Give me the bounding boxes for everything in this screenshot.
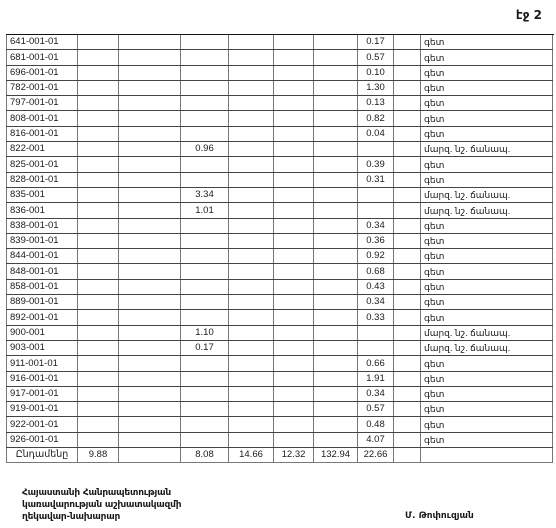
value-cell-c2 (119, 295, 181, 310)
value-cell-c3 (181, 432, 229, 447)
row-type: գետ (421, 356, 553, 371)
value-cell-c4 (229, 249, 274, 264)
row-type: գետ (421, 402, 553, 417)
value-cell-c3 (181, 356, 229, 371)
value-cell-c7: 0.10 (358, 65, 394, 80)
value-cell-c1 (78, 264, 119, 279)
row-type: գետ (421, 65, 553, 80)
value-cell-c2 (119, 80, 181, 95)
value-cell-c5 (274, 233, 314, 248)
row-id: 681-001-01 (7, 50, 78, 65)
value-cell-c3 (181, 310, 229, 325)
value-cell-c1 (78, 50, 119, 65)
value-cell-c1 (78, 96, 119, 111)
value-cell-c6 (314, 279, 358, 294)
table-row: 903-0010.17մարզ. նշ. ճանապ. (7, 340, 553, 355)
value-cell-c5 (274, 402, 314, 417)
value-cell-c2 (119, 187, 181, 202)
value-cell-c6 (314, 126, 358, 141)
value-cell-c2 (119, 172, 181, 187)
total-label: Ընդամենը (7, 448, 78, 463)
total-cell-c6: 132.94 (314, 448, 358, 463)
row-id: 922-001-01 (7, 417, 78, 432)
value-cell-c8 (394, 126, 421, 141)
value-cell-c7: 0.39 (358, 157, 394, 172)
table-row: 836-0011.01մարզ. նշ. ճանապ. (7, 203, 553, 218)
value-cell-c7: 0.04 (358, 126, 394, 141)
value-cell-c3: 0.17 (181, 340, 229, 355)
value-cell-c4 (229, 96, 274, 111)
row-type: գետ (421, 80, 553, 95)
value-cell-c7: 0.68 (358, 264, 394, 279)
value-cell-c7: 0.82 (358, 111, 394, 126)
page-number: էջ 2 (516, 8, 542, 22)
value-cell-c6 (314, 249, 358, 264)
value-cell-c1 (78, 279, 119, 294)
row-type: մարզ. նշ. ճանապ. (421, 340, 553, 355)
value-cell-c4 (229, 340, 274, 355)
value-cell-c1 (78, 218, 119, 233)
value-cell-c6 (314, 402, 358, 417)
value-cell-c4 (229, 417, 274, 432)
value-cell-c6 (314, 50, 358, 65)
value-cell-c3 (181, 172, 229, 187)
value-cell-c7 (358, 142, 394, 157)
position-line: ղեկավար-նախարար (22, 511, 181, 523)
row-type: գետ (421, 310, 553, 325)
value-cell-c8 (394, 218, 421, 233)
value-cell-c1 (78, 386, 119, 401)
value-cell-c8 (394, 310, 421, 325)
value-cell-c1 (78, 35, 119, 50)
value-cell-c4 (229, 126, 274, 141)
row-type: գետ (421, 126, 553, 141)
value-cell-c5 (274, 50, 314, 65)
value-cell-c6 (314, 233, 358, 248)
value-cell-c3 (181, 295, 229, 310)
value-cell-c5 (274, 310, 314, 325)
row-type: գետ (421, 295, 553, 310)
value-cell-c6 (314, 371, 358, 386)
value-cell-c7: 0.48 (358, 417, 394, 432)
table-row: 911-001-010.66գետ (7, 356, 553, 371)
table-row: 844-001-010.92գետ (7, 249, 553, 264)
row-id: 858-001-01 (7, 279, 78, 294)
value-cell-c7: 0.34 (358, 218, 394, 233)
value-cell-c3 (181, 233, 229, 248)
value-cell-c8 (394, 371, 421, 386)
row-id: 917-001-01 (7, 386, 78, 401)
value-cell-c4 (229, 264, 274, 279)
row-id: 797-001-01 (7, 96, 78, 111)
value-cell-c3 (181, 111, 229, 126)
value-cell-c5 (274, 325, 314, 340)
value-cell-c3 (181, 96, 229, 111)
value-cell-c7: 4.07 (358, 432, 394, 447)
value-cell-c4 (229, 172, 274, 187)
value-cell-c2 (119, 96, 181, 111)
value-cell-c8 (394, 80, 421, 95)
signatory-position: Հայաստանի Հանրապետության կառավարության ա… (22, 487, 181, 523)
value-cell-c8 (394, 65, 421, 80)
value-cell-c5 (274, 386, 314, 401)
total-cell-c3: 8.08 (181, 448, 229, 463)
value-cell-c1 (78, 187, 119, 202)
value-cell-c8 (394, 157, 421, 172)
value-cell-c8 (394, 295, 421, 310)
value-cell-c1 (78, 203, 119, 218)
value-cell-c6 (314, 386, 358, 401)
row-id: 782-001-01 (7, 80, 78, 95)
row-id: 641-001-01 (7, 35, 78, 50)
value-cell-c1 (78, 402, 119, 417)
row-type: գետ (421, 35, 553, 50)
row-type: գետ (421, 233, 553, 248)
value-cell-c5 (274, 218, 314, 233)
row-id: 916-001-01 (7, 371, 78, 386)
value-cell-c6 (314, 310, 358, 325)
row-id: 808-001-01 (7, 111, 78, 126)
value-cell-c6 (314, 432, 358, 447)
row-type: գետ (421, 96, 553, 111)
value-cell-c8 (394, 402, 421, 417)
value-cell-c7: 0.43 (358, 279, 394, 294)
value-cell-c6 (314, 80, 358, 95)
table-row: 889-001-010.34գետ (7, 295, 553, 310)
table-row: 926-001-014.07գետ (7, 432, 553, 447)
total-cell-c7: 22.66 (358, 448, 394, 463)
value-cell-c3 (181, 249, 229, 264)
row-id: 836-001 (7, 203, 78, 218)
row-id: 892-001-01 (7, 310, 78, 325)
value-cell-c8 (394, 142, 421, 157)
total-cell-c4: 14.66 (229, 448, 274, 463)
value-cell-c4 (229, 35, 274, 50)
table-row: 916-001-011.91գետ (7, 371, 553, 386)
row-type: գետ (421, 279, 553, 294)
value-cell-c2 (119, 340, 181, 355)
value-cell-c4 (229, 310, 274, 325)
row-id: 696-001-01 (7, 65, 78, 80)
value-cell-c3 (181, 35, 229, 50)
row-id: 816-001-01 (7, 126, 78, 141)
value-cell-c8 (394, 249, 421, 264)
value-cell-c6 (314, 65, 358, 80)
table-row: 838-001-010.34գետ (7, 218, 553, 233)
row-id: 903-001 (7, 340, 78, 355)
value-cell-c3: 3.34 (181, 187, 229, 202)
row-type: գետ (421, 50, 553, 65)
row-id: 900-001 (7, 325, 78, 340)
table-row: 900-0011.10մարզ. նշ. ճանապ. (7, 325, 553, 340)
value-cell-c1 (78, 356, 119, 371)
value-cell-c4 (229, 325, 274, 340)
total-row: Ընդամենը9.888.0814.6612.32132.9422.66 (7, 448, 553, 463)
value-cell-c3 (181, 65, 229, 80)
value-cell-c1 (78, 310, 119, 325)
value-cell-c6 (314, 340, 358, 355)
value-cell-c2 (119, 402, 181, 417)
value-cell-c6 (314, 157, 358, 172)
value-cell-c1 (78, 111, 119, 126)
value-cell-c2 (119, 249, 181, 264)
value-cell-c8 (394, 386, 421, 401)
value-cell-c5 (274, 157, 314, 172)
table-row: 681-001-010.57գետ (7, 50, 553, 65)
value-cell-c6 (314, 325, 358, 340)
data-table: 641-001-010.17գետ681-001-010.57գետ696-00… (6, 35, 553, 463)
value-cell-c4 (229, 111, 274, 126)
value-cell-c8 (394, 325, 421, 340)
value-cell-c4 (229, 371, 274, 386)
table-row: 797-001-010.13գետ (7, 96, 553, 111)
value-cell-c8 (394, 111, 421, 126)
value-cell-c2 (119, 310, 181, 325)
value-cell-c1 (78, 340, 119, 355)
value-cell-c5 (274, 35, 314, 50)
row-type: գետ (421, 249, 553, 264)
total-cell-c8 (394, 448, 421, 463)
row-id: 838-001-01 (7, 218, 78, 233)
table-row: 839-001-010.36գետ (7, 233, 553, 248)
value-cell-c5 (274, 172, 314, 187)
table-row: 858-001-010.43գետ (7, 279, 553, 294)
value-cell-c1 (78, 417, 119, 432)
value-cell-c4 (229, 295, 274, 310)
table-row: 835-0013.34մարզ. նշ. ճանապ. (7, 187, 553, 202)
value-cell-c4 (229, 218, 274, 233)
value-cell-c7 (358, 325, 394, 340)
value-cell-c2 (119, 111, 181, 126)
value-cell-c2 (119, 203, 181, 218)
row-id: 848-001-01 (7, 264, 78, 279)
value-cell-c2 (119, 50, 181, 65)
value-cell-c1 (78, 233, 119, 248)
value-cell-c4 (229, 279, 274, 294)
value-cell-c2 (119, 325, 181, 340)
value-cell-c5 (274, 264, 314, 279)
row-id: 822-001 (7, 142, 78, 157)
row-type: գետ (421, 386, 553, 401)
value-cell-c3 (181, 50, 229, 65)
value-cell-c1 (78, 432, 119, 447)
value-cell-c2 (119, 356, 181, 371)
value-cell-c5 (274, 142, 314, 157)
value-cell-c1 (78, 172, 119, 187)
value-cell-c4 (229, 233, 274, 248)
table-row: 816-001-010.04գետ (7, 126, 553, 141)
value-cell-c7: 0.17 (358, 35, 394, 50)
value-cell-c6 (314, 417, 358, 432)
value-cell-c5 (274, 65, 314, 80)
row-type: մարզ. նշ. ճանապ. (421, 203, 553, 218)
value-cell-c6 (314, 142, 358, 157)
value-cell-c5 (274, 96, 314, 111)
value-cell-c7: 1.91 (358, 371, 394, 386)
value-cell-c7: 0.33 (358, 310, 394, 325)
value-cell-c6 (314, 35, 358, 50)
value-cell-c5 (274, 203, 314, 218)
value-cell-c6 (314, 111, 358, 126)
value-cell-c5 (274, 187, 314, 202)
value-cell-c4 (229, 386, 274, 401)
row-type: մարզ. նշ. ճանապ. (421, 187, 553, 202)
value-cell-c8 (394, 203, 421, 218)
value-cell-c3 (181, 126, 229, 141)
value-cell-c8 (394, 172, 421, 187)
value-cell-c3 (181, 218, 229, 233)
value-cell-c2 (119, 371, 181, 386)
value-cell-c1 (78, 80, 119, 95)
value-cell-c1 (78, 142, 119, 157)
value-cell-c6 (314, 187, 358, 202)
value-cell-c2 (119, 218, 181, 233)
table-row: 917-001-010.34գետ (7, 386, 553, 401)
row-id: 839-001-01 (7, 233, 78, 248)
value-cell-c7: 0.31 (358, 172, 394, 187)
value-cell-c2 (119, 279, 181, 294)
value-cell-c7: 0.57 (358, 402, 394, 417)
value-cell-c4 (229, 50, 274, 65)
row-id: 911-001-01 (7, 356, 78, 371)
value-cell-c6 (314, 96, 358, 111)
row-type: գետ (421, 218, 553, 233)
value-cell-c4 (229, 80, 274, 95)
signatory-name: Մ. Թոփուզյան (405, 511, 474, 521)
value-cell-c8 (394, 432, 421, 447)
value-cell-c7 (358, 340, 394, 355)
total-cell-c5: 12.32 (274, 448, 314, 463)
value-cell-c2 (119, 126, 181, 141)
table-row: 892-001-010.33գետ (7, 310, 553, 325)
value-cell-c5 (274, 249, 314, 264)
row-type: գետ (421, 111, 553, 126)
value-cell-c5 (274, 279, 314, 294)
value-cell-c4 (229, 65, 274, 80)
value-cell-c1 (78, 295, 119, 310)
table-body: 641-001-010.17գետ681-001-010.57գետ696-00… (7, 35, 553, 463)
value-cell-c6 (314, 295, 358, 310)
value-cell-c6 (314, 172, 358, 187)
value-cell-c1 (78, 126, 119, 141)
value-cell-c4 (229, 203, 274, 218)
value-cell-c2 (119, 65, 181, 80)
row-type: մարզ. նշ. ճանապ. (421, 142, 553, 157)
row-id: 825-001-01 (7, 157, 78, 172)
value-cell-c8 (394, 96, 421, 111)
value-cell-c3 (181, 279, 229, 294)
value-cell-c4 (229, 432, 274, 447)
value-cell-c2 (119, 432, 181, 447)
value-cell-c3 (181, 157, 229, 172)
value-cell-c7: 1.30 (358, 80, 394, 95)
value-cell-c5 (274, 126, 314, 141)
value-cell-c1 (78, 371, 119, 386)
value-cell-c7 (358, 187, 394, 202)
table-row: 922-001-010.48գետ (7, 417, 553, 432)
value-cell-c7: 0.34 (358, 386, 394, 401)
total-type (421, 448, 553, 463)
value-cell-c7: 0.92 (358, 249, 394, 264)
value-cell-c2 (119, 142, 181, 157)
value-cell-c4 (229, 157, 274, 172)
value-cell-c6 (314, 203, 358, 218)
table-row: 825-001-010.39գետ (7, 157, 553, 172)
value-cell-c7: 0.66 (358, 356, 394, 371)
value-cell-c5 (274, 295, 314, 310)
value-cell-c5 (274, 432, 314, 447)
value-cell-c2 (119, 233, 181, 248)
position-line: Հայաստանի Հանրապետության (22, 487, 181, 499)
position-line: կառավարության աշխատակազմի (22, 499, 181, 511)
value-cell-c5 (274, 417, 314, 432)
row-id: 828-001-01 (7, 172, 78, 187)
value-cell-c6 (314, 264, 358, 279)
value-cell-c3: 1.01 (181, 203, 229, 218)
value-cell-c8 (394, 233, 421, 248)
value-cell-c7: 0.57 (358, 50, 394, 65)
value-cell-c1 (78, 325, 119, 340)
value-cell-c8 (394, 417, 421, 432)
row-id: 926-001-01 (7, 432, 78, 447)
value-cell-c8 (394, 356, 421, 371)
table-row: 641-001-010.17գետ (7, 35, 553, 50)
value-cell-c1 (78, 157, 119, 172)
value-cell-c2 (119, 157, 181, 172)
value-cell-c3 (181, 264, 229, 279)
row-type: գետ (421, 371, 553, 386)
value-cell-c3 (181, 80, 229, 95)
value-cell-c2 (119, 417, 181, 432)
value-cell-c3 (181, 417, 229, 432)
row-type: գետ (421, 417, 553, 432)
table-row: 919-001-010.57գետ (7, 402, 553, 417)
value-cell-c5 (274, 111, 314, 126)
table-row: 822-0010.96մարզ. նշ. ճանապ. (7, 142, 553, 157)
row-type: մարզ. նշ. ճանապ. (421, 325, 553, 340)
total-cell-c1: 9.88 (78, 448, 119, 463)
value-cell-c3 (181, 386, 229, 401)
table-row: 828-001-010.31գետ (7, 172, 553, 187)
value-cell-c6 (314, 218, 358, 233)
value-cell-c7: 0.36 (358, 233, 394, 248)
row-type: գետ (421, 432, 553, 447)
row-type: գետ (421, 172, 553, 187)
value-cell-c6 (314, 356, 358, 371)
table-row: 782-001-011.30գետ (7, 80, 553, 95)
value-cell-c1 (78, 249, 119, 264)
row-id: 889-001-01 (7, 295, 78, 310)
value-cell-c8 (394, 340, 421, 355)
table-row: 696-001-010.10գետ (7, 65, 553, 80)
value-cell-c7 (358, 203, 394, 218)
value-cell-c8 (394, 264, 421, 279)
value-cell-c2 (119, 35, 181, 50)
value-cell-c2 (119, 386, 181, 401)
value-cell-c8 (394, 187, 421, 202)
value-cell-c3: 0.96 (181, 142, 229, 157)
value-cell-c3 (181, 371, 229, 386)
value-cell-c8 (394, 279, 421, 294)
value-cell-c4 (229, 402, 274, 417)
value-cell-c4 (229, 187, 274, 202)
value-cell-c4 (229, 142, 274, 157)
value-cell-c5 (274, 340, 314, 355)
value-cell-c4 (229, 356, 274, 371)
value-cell-c5 (274, 356, 314, 371)
table-row: 848-001-010.68գետ (7, 264, 553, 279)
value-cell-c3: 1.10 (181, 325, 229, 340)
